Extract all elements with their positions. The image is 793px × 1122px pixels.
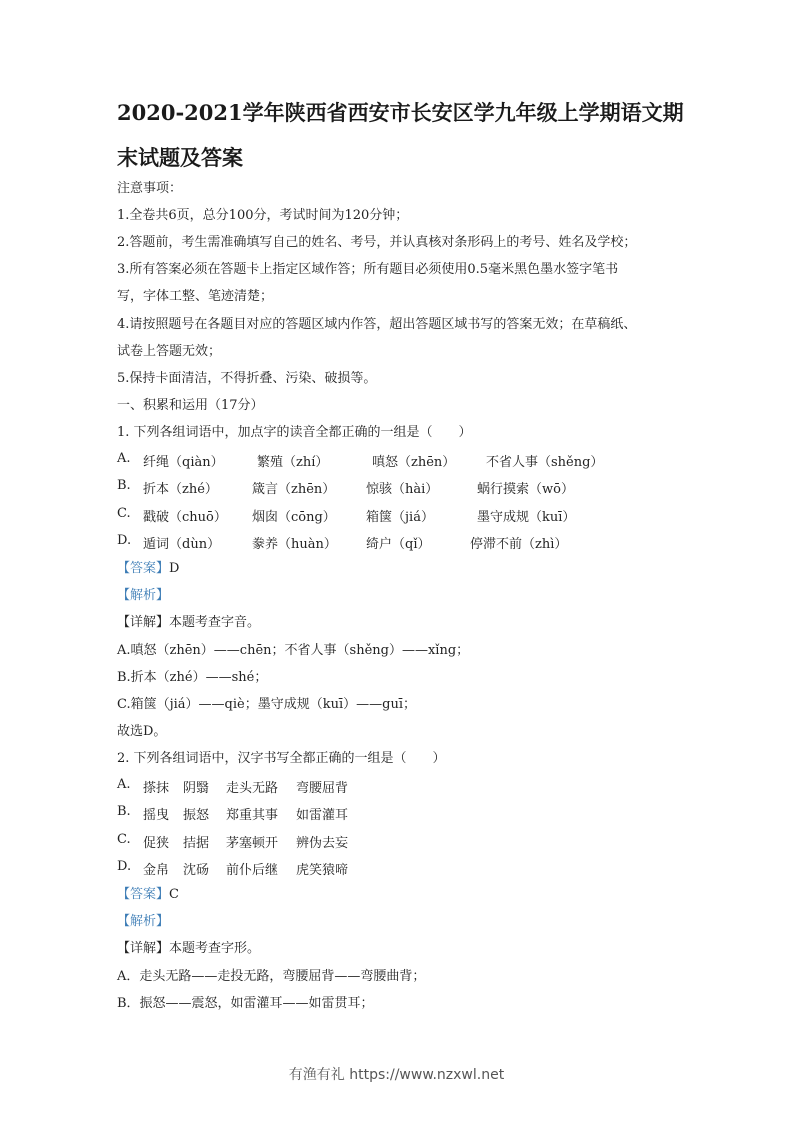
option-item: 弯腰屈背 bbox=[296, 777, 348, 796]
option-item: 墨守成规（kuī） bbox=[477, 506, 575, 525]
option-label: A. bbox=[117, 777, 131, 792]
question-1-detail: 【详解】本题考查字音。 bbox=[117, 614, 260, 632]
question-1-stem: 1. 下列各组词语中，加点字的读音全都正确的一组是（ ） bbox=[117, 424, 472, 442]
option-item: 搽抹 bbox=[143, 777, 169, 796]
question-1-detail: C.箱箧（jiá）——qiè；墨守成规（kuī）——guī； bbox=[117, 696, 416, 714]
option-label: B. bbox=[117, 478, 131, 493]
question-1-detail: A.嗔怒（zhēn）——chēn；不省人事（shěng）——xǐng； bbox=[117, 642, 469, 660]
question-1-answer: 【答案】D bbox=[117, 560, 179, 578]
question-2-detail: A．走头无路——走投无路，弯腰屈背——弯腰曲背； bbox=[117, 968, 425, 986]
option-item: 不省人事（shěng） bbox=[486, 451, 603, 470]
document-title-line1: 2020-2021学年陕西省西安市长安区学九年级上学期语文期 bbox=[117, 97, 697, 127]
option-item: 绮户（qǐ） bbox=[366, 533, 430, 552]
option-item: 豢养（huàn） bbox=[252, 533, 337, 552]
answer-value: C bbox=[169, 887, 179, 902]
option-item: 沈砀 bbox=[183, 859, 209, 878]
answer-tag: 【答案】 bbox=[117, 561, 169, 576]
option-item: 如雷灌耳 bbox=[296, 804, 348, 823]
question-1-detail: 故选D。 bbox=[117, 723, 166, 741]
option-item: 烟囱（cōng） bbox=[252, 506, 336, 525]
notice-item: 2.答题前，考生需准确填写自己的姓名、考号，并认真核对条形码上的考号、姓名及学校… bbox=[117, 234, 636, 252]
section-heading: 一、积累和运用（17分） bbox=[117, 397, 264, 415]
option-item: 惊骇（hài） bbox=[366, 478, 438, 497]
notice-item: 试卷上答题无效； bbox=[117, 343, 221, 361]
notice-item: 1.全卷共6页，总分100分，考试时间为120分钟； bbox=[117, 207, 408, 225]
option-item: 蜗行摸索（wō） bbox=[477, 478, 574, 497]
question-2-answer: 【答案】C bbox=[117, 886, 179, 904]
option-item: 戳破（chuō） bbox=[143, 506, 227, 525]
option-item: 茅塞顿开 bbox=[226, 832, 278, 851]
notice-item: 写，字体工整、笔迹清楚； bbox=[117, 288, 273, 306]
option-item: 箱箧（jiá） bbox=[366, 506, 434, 525]
answer-value: D bbox=[169, 561, 179, 576]
option-label: C. bbox=[117, 832, 131, 847]
question-2-detail: 【详解】本题考查字形。 bbox=[117, 940, 260, 958]
notice-item: 5.保持卡面清洁，不得折叠、污染、破损等。 bbox=[117, 370, 376, 388]
option-item: 虎笑猿啼 bbox=[296, 859, 348, 878]
option-item: 金帛 bbox=[143, 859, 169, 878]
option-label: B. bbox=[117, 804, 131, 819]
option-item: 振怒 bbox=[183, 804, 209, 823]
option-item: 前仆后继 bbox=[226, 859, 278, 878]
option-item: 郑重其事 bbox=[226, 804, 278, 823]
option-item: 折本（zhé） bbox=[143, 478, 218, 497]
notice-heading: 注意事项： bbox=[117, 180, 182, 198]
option-item: 阴翳 bbox=[183, 777, 209, 796]
question-2-detail: B．振怒——震怒，如雷灌耳——如雷贯耳； bbox=[117, 995, 374, 1013]
option-item: 摇曳 bbox=[143, 804, 169, 823]
option-item: 繁殖（zhí） bbox=[257, 451, 328, 470]
option-label: D. bbox=[117, 859, 131, 874]
option-label: C. bbox=[117, 506, 131, 521]
option-item: 促狭 bbox=[143, 832, 169, 851]
question-2-analysis-tag: 【解析】 bbox=[117, 913, 169, 931]
option-item: 停滞不前（zhì） bbox=[470, 533, 567, 552]
option-item: 辨伪去妄 bbox=[296, 832, 348, 851]
question-2-stem: 2. 下列各组词语中，汉字书写全都正确的一组是（ ） bbox=[117, 750, 446, 768]
option-item: 箴言（zhēn） bbox=[252, 478, 335, 497]
question-1-analysis-tag: 【解析】 bbox=[117, 587, 169, 605]
option-label: A. bbox=[117, 451, 131, 466]
answer-tag: 【答案】 bbox=[117, 887, 169, 902]
question-1-detail: B.折本（zhé）——shé； bbox=[117, 669, 267, 687]
option-item: 纤绳（qiàn） bbox=[143, 451, 224, 470]
document-page: 2020-2021学年陕西省西安市长安区学九年级上学期语文期 末试题及答案 注意… bbox=[0, 0, 793, 1122]
option-item: 嗔怒（zhēn） bbox=[372, 451, 455, 470]
footer-watermark: 有渔有礼 https://www.nzxwl.net bbox=[0, 1064, 793, 1084]
option-item: 走头无路 bbox=[226, 777, 278, 796]
notice-item: 4.请按照题号在各题目对应的答题区域内作答，超出答题区域书写的答案无效；在草稿纸… bbox=[117, 316, 636, 334]
option-item: 拮据 bbox=[183, 832, 209, 851]
notice-item: 3.所有答案必须在答题卡上指定区域作答；所有题目必须使用0.5毫米黑色墨水签字笔… bbox=[117, 261, 618, 279]
option-label: D. bbox=[117, 533, 131, 548]
option-item: 遁词（dùn） bbox=[143, 533, 220, 552]
document-title-line2: 末试题及答案 bbox=[117, 142, 697, 172]
